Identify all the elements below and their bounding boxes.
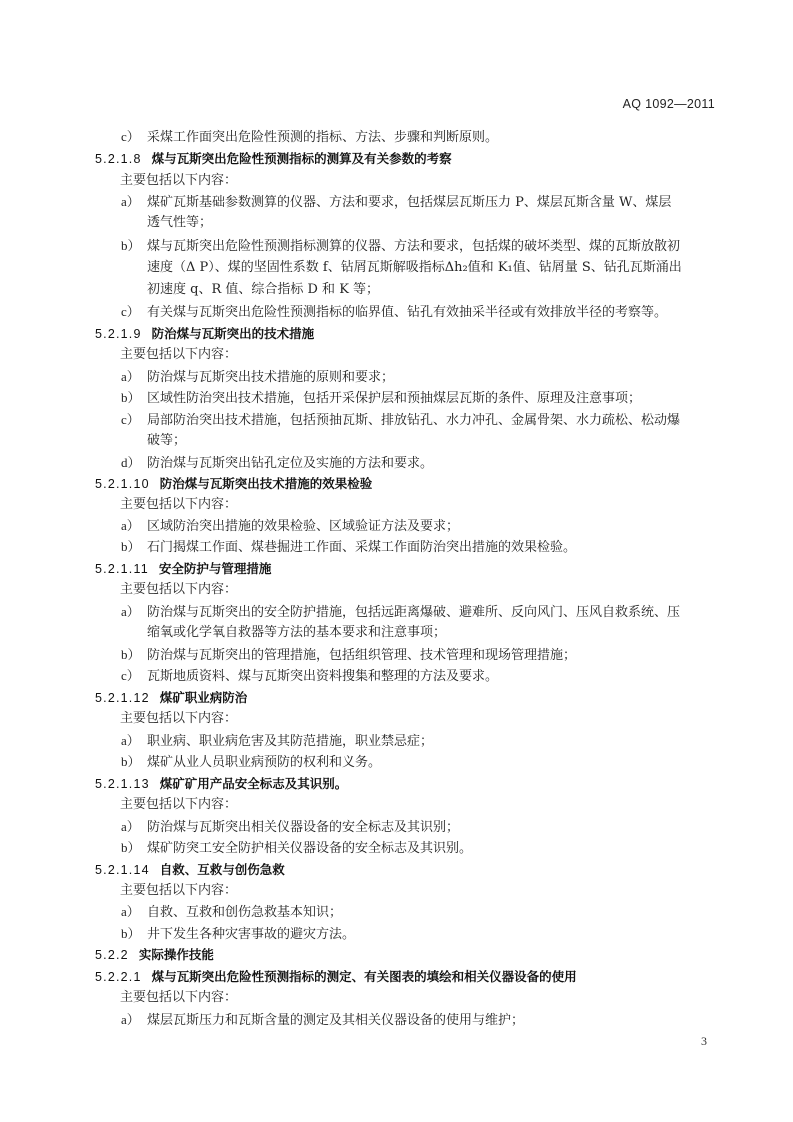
list-item-continuation: 初速度 q、R 值、综合指标 D 和 K 等； (147, 282, 379, 298)
intro-text: 主要包括以下内容： (120, 173, 237, 189)
section-heading: 5.2.2实际操作技能 (95, 947, 214, 963)
intro-text: 主要包括以下内容： (120, 347, 237, 363)
list-marker: a） (121, 1012, 147, 1028)
list-item-text: 区域性防治突出技术措施，包括开采保护层和预抽煤层瓦斯的条件、原理及注意事项； (147, 391, 641, 406)
list-item: a）防治煤与瓦斯突出的安全防护措施，包括远距离爆破、避难所、反向风门、压风自救系… (121, 604, 680, 621)
list-marker: b） (121, 840, 147, 856)
section-number: 5.2.1.12 (95, 691, 150, 705)
list-item: b）防治煤与瓦斯突出的管理措施，包括组织管理、技术管理和现场管理措施； (121, 647, 576, 664)
list-marker: b） (121, 390, 147, 406)
section-number: 5.2.2 (95, 948, 129, 962)
list-item: b）煤与瓦斯突出危险性预测指标测算的仪器、方法和要求，包括煤的破坏类型、煤的瓦斯… (121, 238, 680, 255)
section-number: 5.2.2.1 (95, 970, 142, 984)
list-item: b）煤矿从业人员职业病预防的权利和义务。 (121, 754, 381, 771)
section-number: 5.2.1.10 (95, 477, 150, 491)
page-number: 3 (701, 1034, 707, 1049)
list-item-text: 防治煤与瓦斯突出相关仪器设备的安全标志及其识别； (147, 820, 459, 835)
list-item: a）职业病、职业病危害及其防范措施，职业禁忌症； (121, 733, 433, 750)
list-marker: c） (121, 412, 147, 428)
intro-text: 主要包括以下内容： (120, 990, 237, 1006)
list-item: b）石门揭煤工作面、煤巷掘进工作面、采煤工作面防治突出措施的效果检验。 (121, 539, 576, 556)
list-marker: a） (121, 904, 147, 920)
list-item: a）自救、互救和创伤急救基本知识； (121, 904, 342, 921)
section-title: 防治煤与瓦斯突出技术措施的效果检验 (160, 476, 373, 491)
list-item-text: 防治煤与瓦斯突出钻孔定位及实施的方法和要求。 (147, 456, 433, 471)
section-number: 5.2.1.9 (95, 327, 142, 341)
list-item: c）采煤工作面突出危险性预测的指标、方法、步骤和判断原则。 (121, 129, 498, 146)
list-item: a）防治煤与瓦斯突出技术措施的原则和要求； (121, 369, 394, 386)
list-marker: b） (121, 647, 147, 663)
list-item: b）井下发生各种灾害事故的避灾方法。 (121, 926, 355, 943)
list-item-text: 防治煤与瓦斯突出技术措施的原则和要求； (147, 370, 394, 385)
list-item: b）区域性防治突出技术措施，包括开采保护层和预抽煤层瓦斯的条件、原理及注意事项； (121, 390, 641, 407)
list-item-text: 防治煤与瓦斯突出的管理措施，包括组织管理、技术管理和现场管理措施； (147, 648, 576, 663)
list-item-text: 煤层瓦斯压力和瓦斯含量的测定及其相关仪器设备的使用与维护； (147, 1013, 524, 1028)
list-item-text: 石门揭煤工作面、煤巷掘进工作面、采煤工作面防治突出措施的效果检验。 (147, 540, 576, 555)
list-item-text: 局部防治突出技术措施，包括预抽瓦斯、排放钻孔、水力冲孔、金属骨架、水力疏松、松动… (147, 413, 680, 428)
section-number: 5.2.1.11 (95, 562, 149, 576)
section-heading: 5.2.1.8煤与瓦斯突出危险性预测指标的测算及有关参数的考察 (95, 151, 452, 167)
list-item: d）防治煤与瓦斯突出钻孔定位及实施的方法和要求。 (121, 455, 433, 472)
section-number: 5.2.1.8 (95, 152, 142, 166)
list-item: c）局部防治突出技术措施，包括预抽瓦斯、排放钻孔、水力冲孔、金属骨架、水力疏松、… (121, 412, 680, 429)
list-item: a）区域防治突出措施的效果检验、区域验证方法及要求； (121, 518, 459, 535)
list-item-continuation: 透气性等； (147, 215, 212, 231)
list-item-text: 区域防治突出措施的效果检验、区域验证方法及要求； (147, 519, 459, 534)
list-item-text: 职业病、职业病危害及其防范措施，职业禁忌症； (147, 734, 433, 749)
section-title: 防治煤与瓦斯突出的技术措施 (152, 326, 315, 341)
list-marker: b） (121, 926, 147, 942)
intro-text: 主要包括以下内容： (120, 797, 237, 813)
section-heading: 5.2.1.14自救、互救与创伤急救 (95, 862, 285, 878)
list-item-text: 防治煤与瓦斯突出的安全防护措施，包括远距离爆破、避难所、反向风门、压风自救系统、… (147, 605, 680, 620)
section-heading: 5.2.1.9防治煤与瓦斯突出的技术措施 (95, 326, 314, 342)
list-item-continuation: 缩氧或化学氧自救器等方法的基本要求和注意事项； (147, 625, 446, 641)
list-item-text: 煤矿防突工安全防护相关仪器设备的安全标志及其识别。 (147, 841, 472, 856)
intro-text: 主要包括以下内容： (120, 497, 237, 513)
intro-text: 主要包括以下内容： (120, 883, 237, 899)
list-marker: b） (121, 539, 147, 555)
list-item: a）煤层瓦斯压力和瓦斯含量的测定及其相关仪器设备的使用与维护； (121, 1012, 524, 1029)
list-item-text: 煤矿从业人员职业病预防的权利和义务。 (147, 755, 381, 770)
intro-text: 主要包括以下内容： (120, 582, 237, 598)
list-marker: b） (121, 754, 147, 770)
list-item-text: 煤矿瓦斯基础参数测算的仪器、方法和要求，包括煤层瓦斯压力 P、煤层瓦斯含量 W、… (147, 195, 671, 210)
list-marker: a） (121, 194, 147, 210)
section-title: 安全防护与管理措施 (159, 561, 272, 576)
section-title: 煤矿职业病防治 (160, 690, 248, 705)
list-marker: d） (121, 455, 147, 471)
list-item: c）瓦斯地质资料、煤与瓦斯突出资料搜集和整理的方法及要求。 (121, 668, 498, 685)
section-heading: 5.2.2.1煤与瓦斯突出危险性预测指标的测定、有关图表的填绘和相关仪器设备的使… (95, 969, 577, 985)
section-number: 5.2.1.14 (95, 863, 150, 877)
list-item-text: 井下发生各种灾害事故的避灾方法。 (147, 927, 355, 942)
section-title: 煤矿矿用产品安全标志及其识别。 (160, 776, 348, 791)
document-page: AQ 1092—2011 c）采煤工作面突出危险性预测的指标、方法、步骤和判断原… (0, 0, 793, 1122)
list-item: a）煤矿瓦斯基础参数测算的仪器、方法和要求，包括煤层瓦斯压力 P、煤层瓦斯含量 … (121, 194, 671, 211)
list-item-text: 瓦斯地质资料、煤与瓦斯突出资料搜集和整理的方法及要求。 (147, 669, 498, 684)
list-item-text: 采煤工作面突出危险性预测的指标、方法、步骤和判断原则。 (147, 130, 498, 145)
list-marker: a） (121, 518, 147, 534)
section-heading: 5.2.1.10防治煤与瓦斯突出技术措施的效果检验 (95, 476, 372, 492)
list-item: b）煤矿防突工安全防护相关仪器设备的安全标志及其识别。 (121, 840, 472, 857)
list-item-continuation: 破等； (147, 433, 186, 449)
section-number: 5.2.1.13 (95, 777, 150, 791)
section-title: 煤与瓦斯突出危险性预测指标的测定、有关图表的填绘和相关仪器设备的使用 (152, 969, 577, 984)
section-heading: 5.2.1.12煤矿职业病防治 (95, 690, 247, 706)
list-marker: a） (121, 733, 147, 749)
section-heading: 5.2.1.11安全防护与管理措施 (95, 561, 271, 577)
standard-code: AQ 1092—2011 (623, 97, 715, 111)
list-marker: c） (121, 304, 147, 320)
list-marker: c） (121, 668, 147, 684)
list-marker: a） (121, 819, 147, 835)
list-marker: a） (121, 369, 147, 385)
section-heading: 5.2.1.13煤矿矿用产品安全标志及其识别。 (95, 776, 347, 792)
list-item-text: 自救、互救和创伤急救基本知识； (147, 905, 342, 920)
intro-text: 主要包括以下内容： (120, 711, 237, 727)
list-marker: b） (121, 238, 147, 254)
section-title: 煤与瓦斯突出危险性预测指标的测算及有关参数的考察 (152, 151, 452, 166)
list-item: c）有关煤与瓦斯突出危险性预测指标的临界值、钻孔有效抽采半径或有效排放半径的考察… (121, 304, 667, 321)
list-item: a）防治煤与瓦斯突出相关仪器设备的安全标志及其识别； (121, 819, 459, 836)
list-marker: a） (121, 604, 147, 620)
section-title: 自救、互救与创伤急救 (160, 862, 285, 877)
list-item-text: 煤与瓦斯突出危险性预测指标测算的仪器、方法和要求，包括煤的破坏类型、煤的瓦斯放散… (147, 239, 680, 254)
list-item-continuation: 速度（Δ P）、煤的坚固性系数 f、钻屑瓦斯解吸指标Δh₂值和 K₁值、钻屑量 … (147, 260, 682, 276)
section-title: 实际操作技能 (139, 947, 214, 962)
list-marker: c） (121, 129, 147, 145)
list-item-text: 有关煤与瓦斯突出危险性预测指标的临界值、钻孔有效抽采半径或有效排放半径的考察等。 (147, 305, 667, 320)
